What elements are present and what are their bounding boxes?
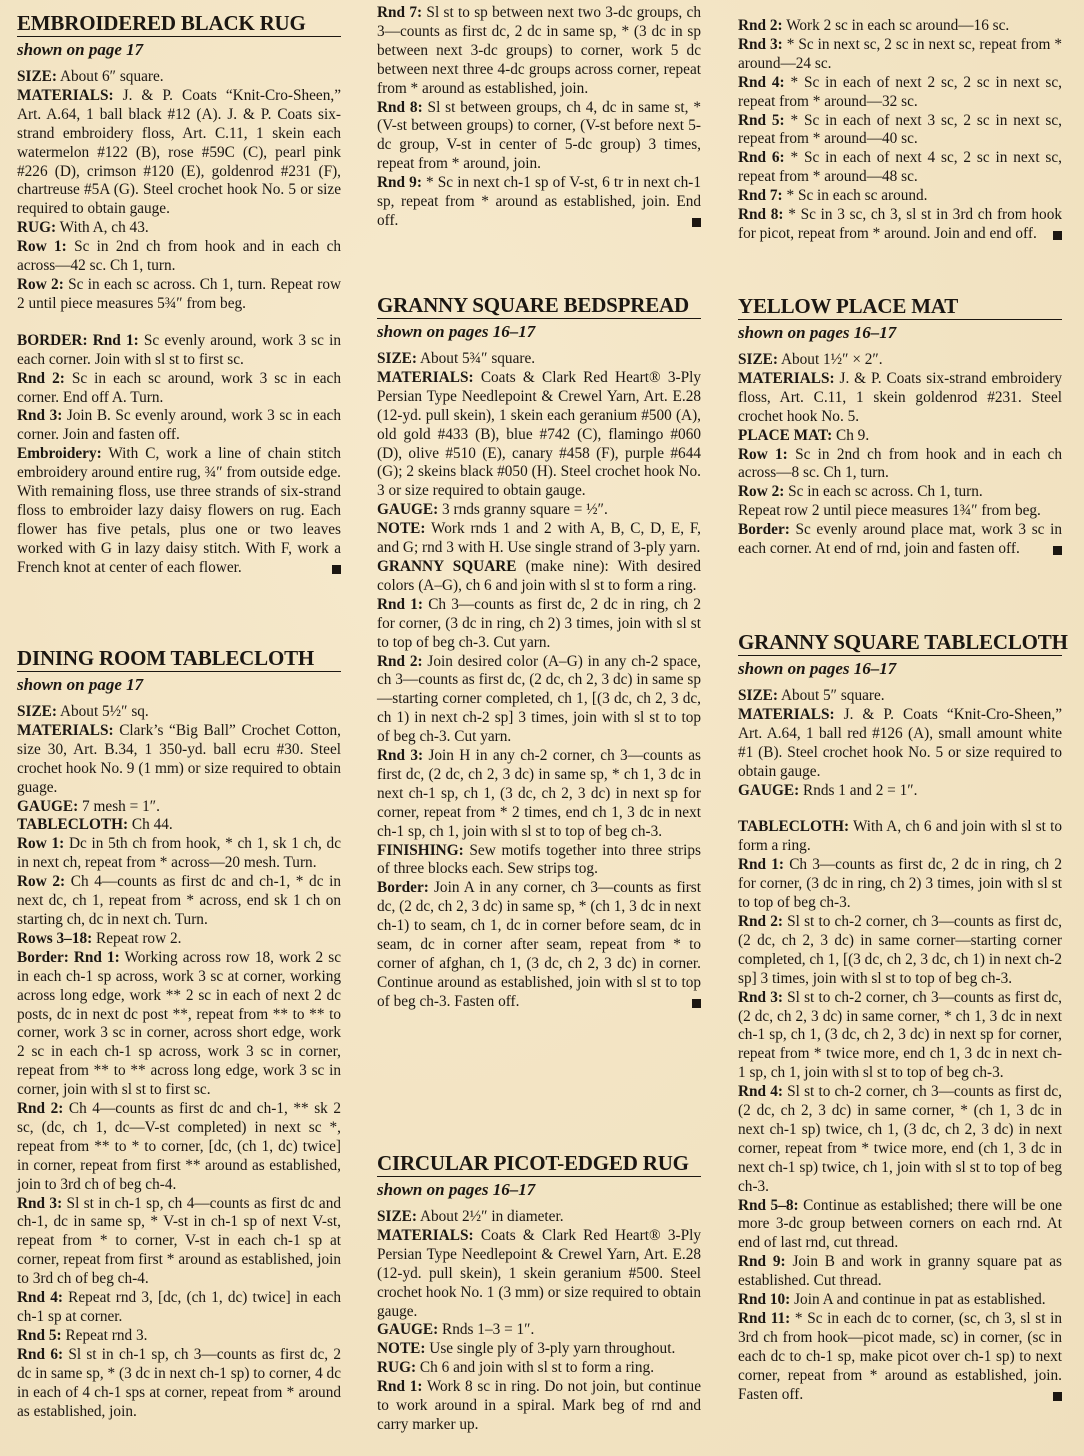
instruction-label: Rnd 7: bbox=[738, 187, 783, 204]
instruction-text: Sl st between groups, ch 4, dc in same s… bbox=[377, 99, 701, 173]
instruction-label: Rnd 2: bbox=[738, 17, 783, 34]
instruction-label: BORDER: Rnd 1: bbox=[17, 332, 139, 349]
instruction-label: Row 2: bbox=[17, 276, 64, 293]
pattern-section: CIRCULAR PICOT-EDGED RUGshown on pages 1… bbox=[377, 1151, 701, 1435]
instruction-paragraph: Row 2: Ch 4—counts as first dc and ch-1,… bbox=[17, 873, 341, 930]
end-square-icon bbox=[1053, 546, 1062, 555]
instruction-label: Rnd 9: bbox=[738, 1253, 786, 1270]
instruction-label: Rnd 2: bbox=[17, 1100, 63, 1117]
instruction-label: Rnd 10: bbox=[738, 1291, 790, 1308]
instruction-label: SIZE: bbox=[17, 703, 57, 720]
instruction-label: Rnd 3: bbox=[17, 407, 62, 424]
instruction-label: SIZE: bbox=[17, 68, 57, 85]
instruction-text: About 2½″ in diameter. bbox=[417, 1208, 564, 1225]
instruction-text: * Sc in next ch-1 sp of V-st, 6 tr in ne… bbox=[377, 174, 701, 229]
instruction-label: GAUGE: bbox=[17, 798, 78, 815]
instruction-paragraph: Rnd 3: Join H in any ch-2 corner, ch 3—c… bbox=[377, 747, 701, 842]
instruction-text: Ch 44. bbox=[128, 816, 173, 833]
instruction-text: About 5¾″ square. bbox=[417, 350, 535, 367]
instruction-text: Join A in any corner, ch 3—counts as fir… bbox=[377, 879, 701, 1009]
instruction-text: Sc in each sc across. Ch 1, turn. Repeat… bbox=[17, 276, 341, 312]
instruction-text: * Sc in each of next 3 sc, 2 sc in next … bbox=[738, 112, 1062, 148]
instruction-paragraph: MATERIALS: Coats & Clark Red Heart® 3-Pl… bbox=[377, 369, 701, 501]
instruction-paragraph: GAUGE: 3 rnds granny square = ½″. bbox=[377, 501, 701, 520]
instruction-label: MATERIALS: bbox=[17, 87, 114, 104]
instruction-text: Sc in each sc around, work 3 sc in each … bbox=[17, 370, 341, 406]
pattern-section: DINING ROOM TABLECLOTHshown on page 17SI… bbox=[17, 646, 341, 1421]
instruction-label: Rnd 4: bbox=[738, 1083, 783, 1100]
instruction-paragraph: Rnd 3: * Sc in next sc, 2 sc in next sc,… bbox=[738, 36, 1062, 74]
instruction-paragraph: Rnd 7: * Sc in each sc around. bbox=[738, 187, 1062, 206]
instruction-text: J. & P. Coats “Knit-Cro-Sheen,” Art. A.6… bbox=[17, 87, 341, 217]
instruction-label: RUG: bbox=[17, 219, 56, 236]
end-square-icon bbox=[1053, 1392, 1062, 1401]
paragraph-spacer bbox=[738, 800, 1062, 818]
instruction-paragraph: Rnd 3: Sl st to ch-2 corner, ch 3—counts… bbox=[738, 989, 1062, 1084]
instruction-paragraph: Row 1: Dc in 5th ch from hook, * ch 1, s… bbox=[17, 835, 341, 873]
instruction-paragraph: Rnd 3: Sl st in ch-1 sp, ch 4—counts as … bbox=[17, 1195, 341, 1290]
instruction-label: Rnd 3: bbox=[377, 747, 423, 764]
instruction-paragraph: Rnd 2: Sc in each sc around, work 3 sc i… bbox=[17, 370, 341, 408]
instruction-paragraph: Rnd 9: Join B and work in granny square … bbox=[738, 1253, 1062, 1291]
pattern-section: YELLOW PLACE MATshown on pages 16–17SIZE… bbox=[738, 294, 1062, 559]
instruction-label: SIZE: bbox=[738, 351, 778, 368]
instruction-label: Rnd 2: bbox=[17, 370, 65, 387]
instruction-paragraph: Rnd 5: * Sc in each of next 3 sc, 2 sc i… bbox=[738, 112, 1062, 150]
instruction-text: Rnds 1 and 2 = 1″. bbox=[799, 782, 917, 799]
instruction-paragraph: FINISHING: Sew motifs together into thre… bbox=[377, 842, 701, 880]
instruction-label: Border: bbox=[738, 521, 790, 538]
instruction-label: Row 1: bbox=[17, 238, 67, 255]
instruction-paragraph: Rnd 10: Join A and continue in pat as es… bbox=[738, 1291, 1062, 1310]
instruction-paragraph: Rnd 2: Ch 4—counts as first dc and ch-1,… bbox=[17, 1100, 341, 1195]
instruction-text: Ch 4—counts as first dc and ch-1, ** sk … bbox=[17, 1100, 341, 1193]
instruction-paragraph: SIZE: About 1½″ × 2″. bbox=[738, 351, 1062, 370]
instruction-label: MATERIALS: bbox=[377, 1227, 474, 1244]
instruction-paragraph: MATERIALS: Coats & Clark Red Heart® 3-Pl… bbox=[377, 1227, 701, 1322]
instruction-text: Ch 3—counts as first dc, 2 dc in ring, c… bbox=[377, 596, 701, 651]
instruction-paragraph: Border: Join A in any corner, ch 3—count… bbox=[377, 879, 701, 1011]
instruction-paragraph: Rnd 7: Sl st to sp between next two 3-dc… bbox=[377, 4, 701, 99]
instruction-label: TABLECLOTH: bbox=[17, 816, 128, 833]
end-square-icon bbox=[692, 999, 701, 1008]
instruction-text: 3 rnds granny square = ½″. bbox=[438, 501, 608, 518]
instruction-label: SIZE: bbox=[738, 687, 778, 704]
instruction-label: Rnd 6: bbox=[17, 1346, 63, 1363]
instruction-text: Join H in any ch-2 corner, ch 3—counts a… bbox=[377, 747, 701, 840]
instruction-label: Rnd 3: bbox=[738, 36, 783, 53]
pattern-title: GRANNY SQUARE TABLECLOTH bbox=[738, 630, 1062, 656]
instruction-label: Row 2: bbox=[17, 873, 65, 890]
instruction-label: Rnd 6: bbox=[738, 149, 785, 166]
pattern-title: GRANNY SQUARE BEDSPREAD bbox=[377, 293, 701, 319]
instruction-paragraph: Rnd 2: Sl st to ch-2 corner, ch 3—counts… bbox=[738, 913, 1062, 989]
instruction-paragraph: NOTE: Work rnds 1 and 2 with A, B, C, D,… bbox=[377, 520, 701, 558]
instruction-label: RUG: bbox=[377, 1359, 416, 1376]
instruction-label: Rnd 2: bbox=[738, 913, 783, 930]
instruction-label: Rnd 5–8: bbox=[738, 1197, 799, 1214]
instruction-paragraph: PLACE MAT: Ch 9. bbox=[738, 427, 1062, 446]
instruction-text: Sl st to sp between next two 3-dc groups… bbox=[377, 4, 701, 97]
pattern-section: GRANNY SQUARE TABLECLOTHshown on pages 1… bbox=[738, 630, 1062, 1405]
instruction-label: Border: Rnd 1: bbox=[17, 949, 120, 966]
instruction-label: Rnd 1: bbox=[377, 1378, 422, 1395]
instruction-text: 7 mesh = 1″. bbox=[78, 798, 160, 815]
pattern-continuation: Rnd 2: Work 2 sc in each sc around—16 sc… bbox=[738, 17, 1062, 244]
instruction-text: Dc in 5th ch from hook, * ch 1, sk 1 ch,… bbox=[17, 835, 341, 871]
instruction-label: Rnd 7: bbox=[377, 4, 422, 21]
pattern-page-reference: shown on pages 16–17 bbox=[738, 322, 1062, 344]
instruction-label: MATERIALS: bbox=[738, 706, 835, 723]
instruction-text: Use single ply of 3-ply yarn throughout. bbox=[425, 1340, 675, 1357]
instruction-label: GAUGE: bbox=[377, 501, 438, 518]
instruction-text: Sl st in ch-1 sp, ch 4—counts as first d… bbox=[17, 1195, 341, 1288]
instruction-label: Embroidery: bbox=[17, 445, 102, 462]
end-square-icon bbox=[1053, 231, 1062, 240]
instruction-label: Rnd 8: bbox=[738, 206, 784, 223]
instruction-paragraph: SIZE: About 2½″ in diameter. bbox=[377, 1208, 701, 1227]
instruction-text: * Sc in next sc, 2 sc in next sc, repeat… bbox=[738, 36, 1062, 72]
instruction-text: Ch 6 and join with sl st to form a ring. bbox=[416, 1359, 654, 1376]
instruction-paragraph: Rows 3–18: Repeat row 2. bbox=[17, 930, 341, 949]
instruction-paragraph: Rnd 5: Repeat rnd 3. bbox=[17, 1327, 341, 1346]
pattern-page-reference: shown on pages 16–17 bbox=[377, 321, 701, 343]
instruction-paragraph: TABLECLOTH: With A, ch 6 and join with s… bbox=[738, 818, 1062, 856]
instruction-paragraph: SIZE: About 5¾″ square. bbox=[377, 350, 701, 369]
pattern-page-reference: shown on pages 16–17 bbox=[377, 1179, 701, 1201]
pattern-page-reference: shown on page 17 bbox=[17, 39, 341, 61]
instruction-label: MATERIALS: bbox=[17, 722, 114, 739]
instruction-paragraph: Rnd 6: Sl st in ch-1 sp, ch 3—counts as … bbox=[17, 1346, 341, 1422]
instruction-paragraph: MATERIALS: Clark’s “Big Ball” Crochet Co… bbox=[17, 722, 341, 798]
instruction-paragraph: Row 1: Sc in 2nd ch from hook and in eac… bbox=[17, 238, 341, 276]
instruction-text: Sl st to ch-2 corner, ch 3—counts as fir… bbox=[738, 1083, 1062, 1195]
instruction-paragraph: SIZE: About 5½″ sq. bbox=[17, 703, 341, 722]
instruction-label: MATERIALS: bbox=[738, 370, 835, 387]
instruction-paragraph: GAUGE: 7 mesh = 1″. bbox=[17, 798, 341, 817]
instruction-text: * Sc in 3 sc, ch 3, sl st in 3rd ch from… bbox=[738, 206, 1062, 242]
instruction-text: Repeat rnd 3. bbox=[62, 1327, 148, 1344]
instruction-label: Rnd 4: bbox=[17, 1289, 63, 1306]
instruction-label: Rnd 3: bbox=[17, 1195, 62, 1212]
instruction-paragraph: MATERIALS: J. & P. Coats six-strand embr… bbox=[738, 370, 1062, 427]
instruction-paragraph: Rnd 8: Sl st between groups, ch 4, dc in… bbox=[377, 99, 701, 175]
instruction-label: Rnd 5: bbox=[17, 1327, 62, 1344]
instruction-text: Sl st to ch-2 corner, ch 3—counts as fir… bbox=[738, 913, 1062, 987]
instruction-text: Rnds 1–3 = 1″. bbox=[438, 1321, 534, 1338]
instruction-paragraph: TABLECLOTH: Ch 44. bbox=[17, 816, 341, 835]
instruction-text: Join desired color (A–G) in any ch-2 spa… bbox=[377, 653, 701, 746]
instruction-paragraph: Rnd 2: Join desired color (A–G) in any c… bbox=[377, 653, 701, 748]
instruction-label: Rows 3–18: bbox=[17, 930, 92, 947]
instruction-paragraph: Embroidery: With C, work a line of chain… bbox=[17, 445, 341, 577]
instruction-paragraph: Rnd 1: Ch 3—counts as first dc, 2 dc in … bbox=[377, 596, 701, 653]
pattern-continuation: Rnd 7: Sl st to sp between next two 3-dc… bbox=[377, 4, 701, 231]
instruction-paragraph: Rnd 8: * Sc in 3 sc, ch 3, sl st in 3rd … bbox=[738, 206, 1062, 244]
instruction-paragraph: BORDER: Rnd 1: Sc evenly around, work 3 … bbox=[17, 332, 341, 370]
instruction-text: Repeat row 2 until piece measures 1¾″ fr… bbox=[738, 502, 1041, 519]
instruction-paragraph: Rnd 3: Join B. Sc evenly around, work 3 … bbox=[17, 407, 341, 445]
instruction-paragraph: GRANNY SQUARE (make nine): With desired … bbox=[377, 558, 701, 596]
instruction-paragraph: MATERIALS: J. & P. Coats “Knit-Cro-Sheen… bbox=[17, 87, 341, 219]
instruction-paragraph: GAUGE: Rnds 1–3 = 1″. bbox=[377, 1321, 701, 1340]
instruction-paragraph: Rnd 11: * Sc in each dc to corner, (sc, … bbox=[738, 1310, 1062, 1405]
instruction-text: Coats & Clark Red Heart® 3-Ply Persian T… bbox=[377, 369, 701, 499]
instruction-paragraph: Rnd 4: Repeat rnd 3, [dc, (ch 1, dc) twi… bbox=[17, 1289, 341, 1327]
instruction-text: Sc in each sc across. Ch 1, turn. bbox=[784, 483, 982, 500]
instruction-label: Rnd 8: bbox=[377, 99, 423, 116]
instruction-label: Border: bbox=[377, 879, 429, 896]
instruction-paragraph: Rnd 5–8: Continue as established; there … bbox=[738, 1197, 1062, 1254]
pattern-title: CIRCULAR PICOT-EDGED RUG bbox=[377, 1151, 701, 1177]
instruction-label: Rnd 1: bbox=[738, 856, 784, 873]
instruction-label: NOTE: bbox=[377, 1340, 425, 1357]
pattern-page-reference: shown on page 17 bbox=[17, 674, 341, 696]
instruction-paragraph: Row 2: Sc in each sc across. Ch 1, turn.… bbox=[17, 276, 341, 314]
instruction-text: Ch 3—counts as first dc, 2 dc in ring, c… bbox=[738, 856, 1062, 911]
instruction-text: Join B and work in granny square pat as … bbox=[738, 1253, 1062, 1289]
instruction-text: With C, work a line of chain stitch embr… bbox=[17, 445, 341, 575]
instruction-text: Work 8 sc in ring. Do not join, but cont… bbox=[377, 1378, 701, 1433]
instruction-text: Working across row 18, work 2 sc in each… bbox=[17, 949, 341, 1098]
instruction-label: Row 1: bbox=[738, 446, 788, 463]
instruction-label: GRANNY SQUARE bbox=[377, 558, 517, 575]
instruction-label: Rnd 9: bbox=[377, 174, 422, 191]
end-square-icon bbox=[332, 565, 341, 574]
instruction-text: * Sc in each of next 4 sc, 2 sc in next … bbox=[738, 149, 1062, 185]
instruction-label: Rnd 5: bbox=[738, 112, 785, 129]
pattern-section: GRANNY SQUARE BEDSPREADshown on pages 16… bbox=[377, 293, 701, 1012]
pattern-title: EMBROIDERED BLACK RUG bbox=[17, 11, 341, 37]
instruction-label: GAUGE: bbox=[377, 1321, 438, 1338]
instruction-label: Rnd 11: bbox=[738, 1310, 790, 1327]
instruction-label: Row 1: bbox=[17, 835, 64, 852]
instruction-text: About 6″ square. bbox=[57, 68, 164, 85]
instruction-paragraph: Rnd 9: * Sc in next ch-1 sp of V-st, 6 t… bbox=[377, 174, 701, 231]
instruction-text: Join A and continue in pat as establishe… bbox=[790, 1291, 1045, 1308]
instruction-label: Rnd 1: bbox=[377, 596, 423, 613]
instruction-paragraph: Rnd 1: Work 8 sc in ring. Do not join, b… bbox=[377, 1378, 701, 1435]
instruction-text: Ch 9. bbox=[832, 427, 869, 444]
instruction-text: Ch 4—counts as first dc and ch-1, * dc i… bbox=[17, 873, 341, 928]
instruction-text: Repeat row 2. bbox=[92, 930, 181, 947]
instruction-text: * Sc in each of next 2 sc, 2 sc in next … bbox=[738, 74, 1062, 110]
instruction-paragraph: Rnd 6: * Sc in each of next 4 sc, 2 sc i… bbox=[738, 149, 1062, 187]
end-square-icon bbox=[692, 218, 701, 227]
pattern-page-reference: shown on pages 16–17 bbox=[738, 658, 1062, 680]
instruction-label: GAUGE: bbox=[738, 782, 799, 799]
instruction-label: Rnd 2: bbox=[377, 653, 423, 670]
instruction-paragraph: Rnd 2: Work 2 sc in each sc around—16 sc… bbox=[738, 17, 1062, 36]
instruction-text: Repeat rnd 3, [dc, (ch 1, dc) twice] in … bbox=[17, 1289, 341, 1325]
instruction-text: With A, ch 43. bbox=[56, 219, 149, 236]
instruction-text: Work rnds 1 and 2 with A, B, C, D, E, F,… bbox=[377, 520, 701, 556]
instruction-paragraph: RUG: Ch 6 and join with sl st to form a … bbox=[377, 1359, 701, 1378]
instruction-paragraph: NOTE: Use single ply of 3-ply yarn throu… bbox=[377, 1340, 701, 1359]
instruction-text: About 5½″ sq. bbox=[57, 703, 149, 720]
instruction-paragraph: Rnd 1: Ch 3—counts as first dc, 2 dc in … bbox=[738, 856, 1062, 913]
instruction-text: Sl st to ch-2 corner, ch 3—counts as fir… bbox=[738, 989, 1062, 1082]
instruction-label: PLACE MAT: bbox=[738, 427, 832, 444]
magazine-page: EMBROIDERED BLACK RUGshown on page 17SIZ… bbox=[0, 0, 1084, 1456]
instruction-text: About 5″ square. bbox=[778, 687, 885, 704]
pattern-title: YELLOW PLACE MAT bbox=[738, 294, 1062, 320]
instruction-label: Rnd 3: bbox=[738, 989, 783, 1006]
instruction-paragraph: Border: Rnd 1: Working across row 18, wo… bbox=[17, 949, 341, 1100]
instruction-paragraph: Rnd 4: * Sc in each of next 2 sc, 2 sc i… bbox=[738, 74, 1062, 112]
instruction-paragraph: RUG: With A, ch 43. bbox=[17, 219, 341, 238]
instruction-paragraph: Border: Sc evenly around place mat, work… bbox=[738, 521, 1062, 559]
instruction-label: SIZE: bbox=[377, 350, 417, 367]
paragraph-spacer bbox=[17, 314, 341, 332]
instruction-text: Work 2 sc in each sc around—16 sc. bbox=[783, 17, 1010, 34]
instruction-text: Sl st in ch-1 sp, ch 3—counts as first d… bbox=[17, 1346, 341, 1420]
instruction-paragraph: MATERIALS: J. & P. Coats “Knit-Cro-Sheen… bbox=[738, 706, 1062, 782]
instruction-paragraph: Row 2: Sc in each sc across. Ch 1, turn. bbox=[738, 483, 1062, 502]
instruction-label: MATERIALS: bbox=[377, 369, 474, 386]
instruction-paragraph: GAUGE: Rnds 1 and 2 = 1″. bbox=[738, 782, 1062, 801]
instruction-paragraph: Rnd 4: Sl st to ch-2 corner, ch 3—counts… bbox=[738, 1083, 1062, 1196]
instruction-label: Row 2: bbox=[738, 483, 784, 500]
pattern-section: EMBROIDERED BLACK RUGshown on page 17SIZ… bbox=[17, 11, 341, 578]
pattern-title: DINING ROOM TABLECLOTH bbox=[17, 646, 341, 672]
instruction-label: FINISHING: bbox=[377, 842, 464, 859]
instruction-text: About 1½″ × 2″. bbox=[778, 351, 883, 368]
instruction-text: * Sc in each sc around. bbox=[783, 187, 928, 204]
instruction-label: SIZE: bbox=[377, 1208, 417, 1225]
instruction-paragraph: SIZE: About 5″ square. bbox=[738, 687, 1062, 706]
instruction-label: TABLECLOTH: bbox=[738, 818, 849, 835]
instruction-label: Rnd 4: bbox=[738, 74, 785, 91]
instruction-paragraph: Row 1: Sc in 2nd ch from hook and in eac… bbox=[738, 446, 1062, 484]
instruction-paragraph: Repeat row 2 until piece measures 1¾″ fr… bbox=[738, 502, 1062, 521]
instruction-text: Join B. Sc evenly around, work 3 sc in e… bbox=[17, 407, 341, 443]
instruction-paragraph: SIZE: About 6″ square. bbox=[17, 68, 341, 87]
instruction-label: NOTE: bbox=[377, 520, 425, 537]
